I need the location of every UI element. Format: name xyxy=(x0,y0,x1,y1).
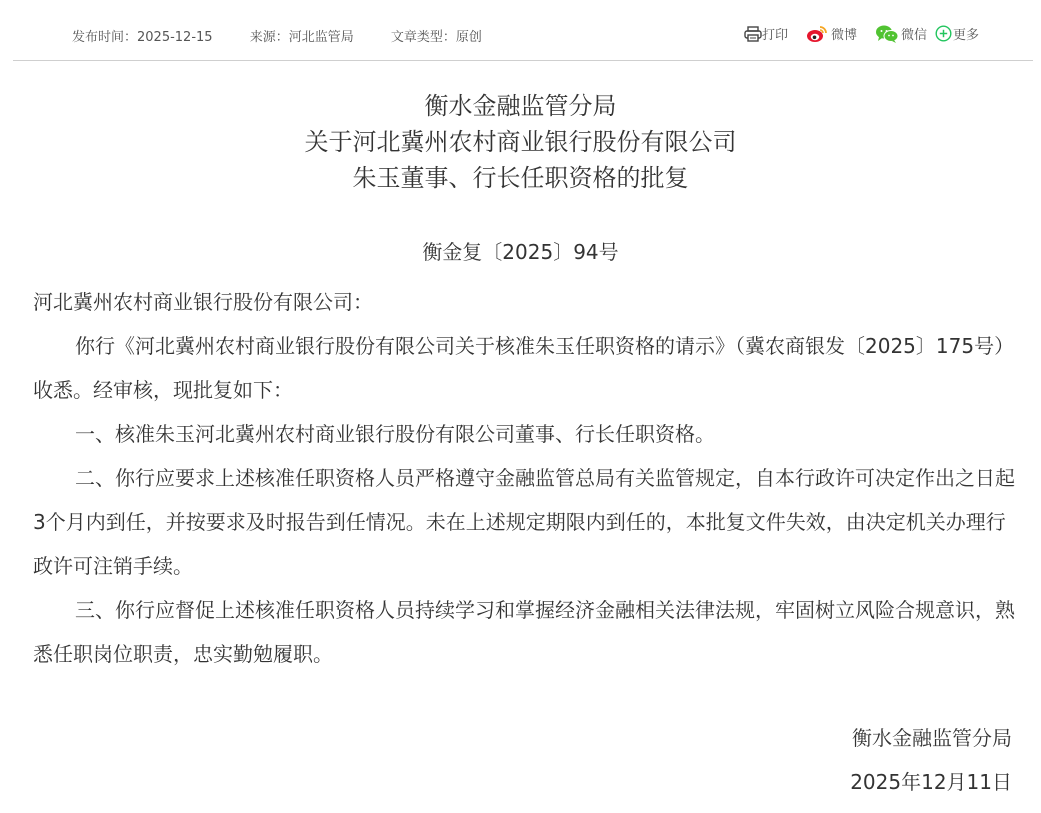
title-line-issuer: 衡水金融监管分局 xyxy=(0,88,1041,124)
paragraph-item-2: 二、你行应要求上述核准任职资格人员严格遵守金融监管总局有关监管规定，自本行政许可… xyxy=(33,456,1015,588)
more-label: 更多 xyxy=(953,24,979,43)
paragraph-item-3: 三、你行应督促上述核准任职资格人员持续学习和掌握经济金融相关法律法规，牢固树立风… xyxy=(33,588,1015,676)
article-type-label: 文章类型： xyxy=(391,30,456,45)
title-line-topic: 朱玉董事、行长任职资格的批复 xyxy=(0,160,1041,196)
signature-issuer: 衡水金融监管分局 xyxy=(850,716,1012,760)
publish-time: 发布时间：2025-12-15 xyxy=(72,30,213,45)
share-toolbar: 打印 微博 微信 更多 xyxy=(744,24,979,43)
source: 来源：河北监管局 xyxy=(250,30,354,45)
plus-circle-icon xyxy=(935,25,952,42)
weibo-share-button[interactable]: 微博 xyxy=(806,24,857,43)
wechat-share-button[interactable]: 微信 xyxy=(875,24,927,43)
document-number: 衡金复〔2025〕94号 xyxy=(0,236,1041,265)
article-meta-bar: 发布时间：2025-12-15 来源：河北监管局 文章类型：原创 打印 微博 微… xyxy=(13,0,1033,61)
signature-block: 衡水金融监管分局 2025年12月11日 xyxy=(850,716,1012,804)
salutation: 河北冀州农村商业银行股份有限公司： xyxy=(33,280,1015,324)
print-label: 打印 xyxy=(762,24,788,43)
source-label: 来源： xyxy=(250,30,289,45)
more-share-button[interactable]: 更多 xyxy=(935,24,979,43)
paragraph-item-1: 一、核准朱玉河北冀州农村商业银行股份有限公司董事、行长任职资格。 xyxy=(33,412,1015,456)
paragraph-intro: 你行《河北冀州农村商业银行股份有限公司关于核准朱玉任职资格的请示》（冀农商银发〔… xyxy=(33,324,1015,412)
publish-time-value: 2025-12-15 xyxy=(137,30,213,45)
printer-icon xyxy=(744,26,762,42)
article-type: 文章类型：原创 xyxy=(391,30,482,45)
title-line-subject: 关于河北冀州农村商业银行股份有限公司 xyxy=(0,124,1041,160)
weibo-label: 微博 xyxy=(831,24,857,43)
publish-time-label: 发布时间： xyxy=(72,30,137,45)
document-title: 衡水金融监管分局 关于河北冀州农村商业银行股份有限公司 朱玉董事、行长任职资格的… xyxy=(0,88,1041,196)
article-type-value: 原创 xyxy=(456,30,482,45)
wechat-icon xyxy=(875,25,899,43)
weibo-icon xyxy=(806,25,828,43)
print-button[interactable]: 打印 xyxy=(744,24,788,43)
article-meta: 发布时间：2025-12-15 来源：河北监管局 文章类型：原创 xyxy=(72,26,515,45)
source-value: 河北监管局 xyxy=(289,30,354,45)
signature-date: 2025年12月11日 xyxy=(850,760,1012,804)
document-body: 河北冀州农村商业银行股份有限公司： 你行《河北冀州农村商业银行股份有限公司关于核… xyxy=(33,280,1015,676)
wechat-label: 微信 xyxy=(901,24,927,43)
